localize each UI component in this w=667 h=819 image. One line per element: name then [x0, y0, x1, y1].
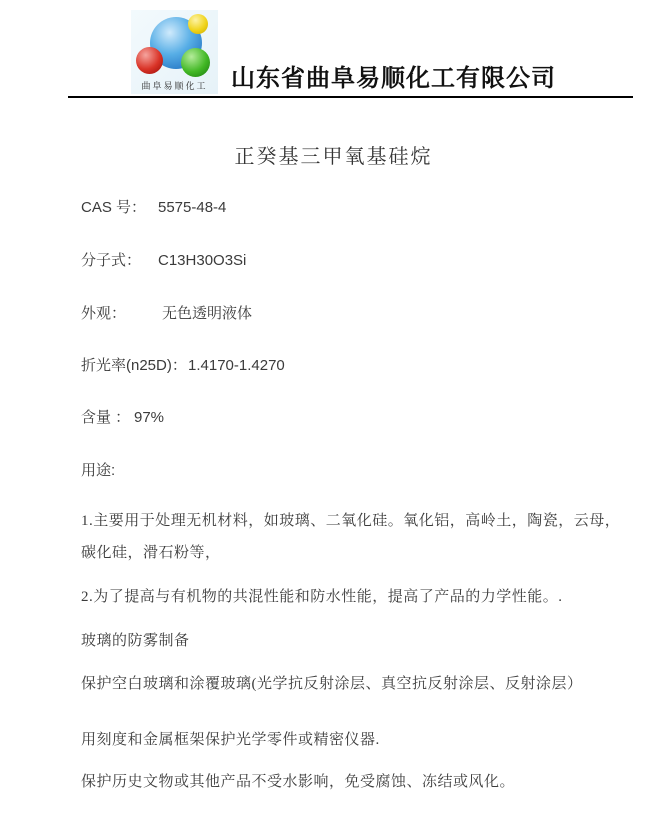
usage-line-7: 保护历史文物或其他产品不受水影响，免受腐蚀、冻结或风化。 [81, 770, 611, 791]
page-title: 正癸基三甲氧基硅烷 [0, 140, 667, 169]
spec-label-formula: 分子式： [81, 249, 158, 270]
spec-label-refractive-index: 折光率(n25D)： [81, 354, 188, 375]
spec-row-formula: 分子式：C13H30O3Si [81, 249, 246, 270]
logo-sphere-yellow-icon [188, 14, 208, 34]
spec-row-purity: 含量 ：97% [81, 406, 164, 427]
usage-line-4: 玻璃的防雾制备 [81, 629, 611, 650]
spec-value-formula: C13H30O3Si [158, 252, 246, 269]
company-name: 山东省曲阜易顺化工有限公司 [231, 58, 556, 93]
spec-value-refractive-index: 1.4170-1.4270 [188, 357, 285, 374]
logo-sphere-green-icon [181, 48, 210, 77]
spec-label-cas: CAS 号： [81, 196, 158, 217]
logo-caption: 曲阜易顺化工 [131, 79, 218, 92]
usage-heading: 用途: [81, 459, 115, 480]
spec-value-cas: 5575-48-4 [158, 199, 226, 216]
spec-value-purity: 97% [134, 409, 164, 426]
spec-value-appearance: 无色透明液体 [162, 305, 252, 322]
spec-label-appearance: 外观： [81, 302, 162, 323]
logo-sphere-red-icon [136, 47, 163, 74]
spec-row-cas: CAS 号：5575-48-4 [81, 196, 226, 217]
usage-line-1: 1.主要用于处理无机材料，如玻璃、二氧化硅。氧化铝，高岭土，陶瓷，云母， [81, 509, 611, 530]
usage-line-5: 保护空白玻璃和涂覆玻璃(光学抗反射涂层、真空抗反射涂层、反射涂层） [81, 672, 611, 693]
spec-label-purity: 含量 ： [81, 406, 134, 427]
usage-line-2: 碳化硅，滑石粉等， [81, 541, 611, 562]
header-divider [68, 96, 633, 98]
spec-row-refractive-index: 折光率(n25D)：1.4170-1.4270 [81, 354, 285, 375]
usage-line-6: 用刻度和金属框架保护光学零件或精密仪器. [81, 728, 611, 749]
company-logo: 曲阜易顺化工 [131, 10, 218, 94]
spec-row-appearance: 外观：无色透明液体 [81, 302, 252, 323]
document-page: 曲阜易顺化工 山东省曲阜易顺化工有限公司 正癸基三甲氧基硅烷 CAS 号：557… [0, 0, 667, 819]
usage-line-3: 2.为了提高与有机物的共混性能和防水性能，提高了产品的力学性能。. [81, 585, 611, 606]
